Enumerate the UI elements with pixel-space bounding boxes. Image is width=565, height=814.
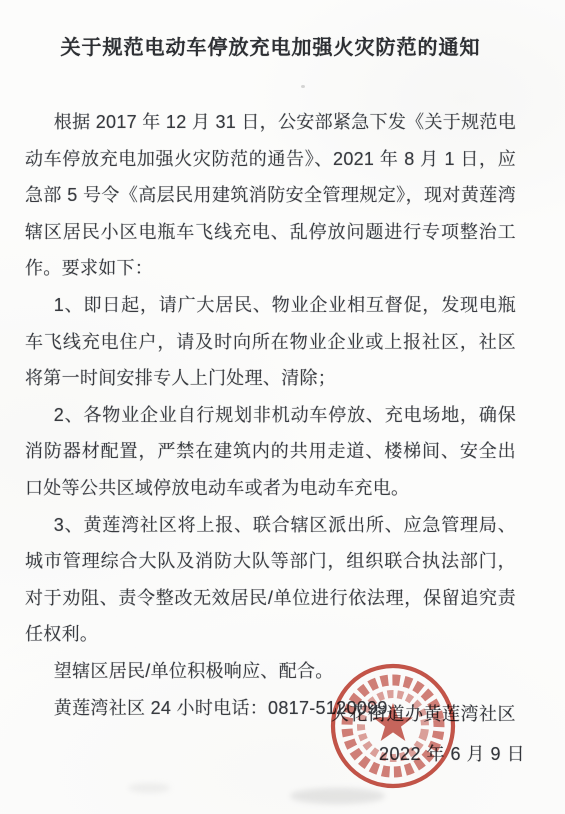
seal-star-icon [373,703,413,741]
official-red-seal-icon [318,651,468,801]
paragraph-item-3: 3、黄莲湾社区将上报、联合辖区派出所、应急管理局、城市管理综合大队及消防大队等部… [25,507,516,653]
scan-smudge [128,783,170,793]
scan-speck [367,334,370,337]
paragraph-item-2: 2、各物业企业自行规划非机动车停放、充电场地，确保消防器材配置，严禁在建筑内的共… [25,397,516,507]
paragraph-intro: 根据 2017 年 12 月 31 日，公安部紧急下发《关于规范电动车停放充电加… [25,104,516,287]
scan-speck [284,591,288,594]
document-title: 关于规范电动车停放充电加强火灾防范的通知 [25,31,516,60]
scanned-notice-page: 关于规范电动车停放充电加强火灾防范的通知 根据 2017 年 12 月 31 日… [0,0,565,814]
paragraph-item-1: 1、即日起，请广大居民、物业企业相互督促，发现电瓶车飞线充电住户，请及时向所在物… [25,287,516,397]
document-body: 根据 2017 年 12 月 31 日，公安部紧急下发《关于规范电动车停放充电加… [25,104,516,726]
scan-speck [301,85,305,88]
